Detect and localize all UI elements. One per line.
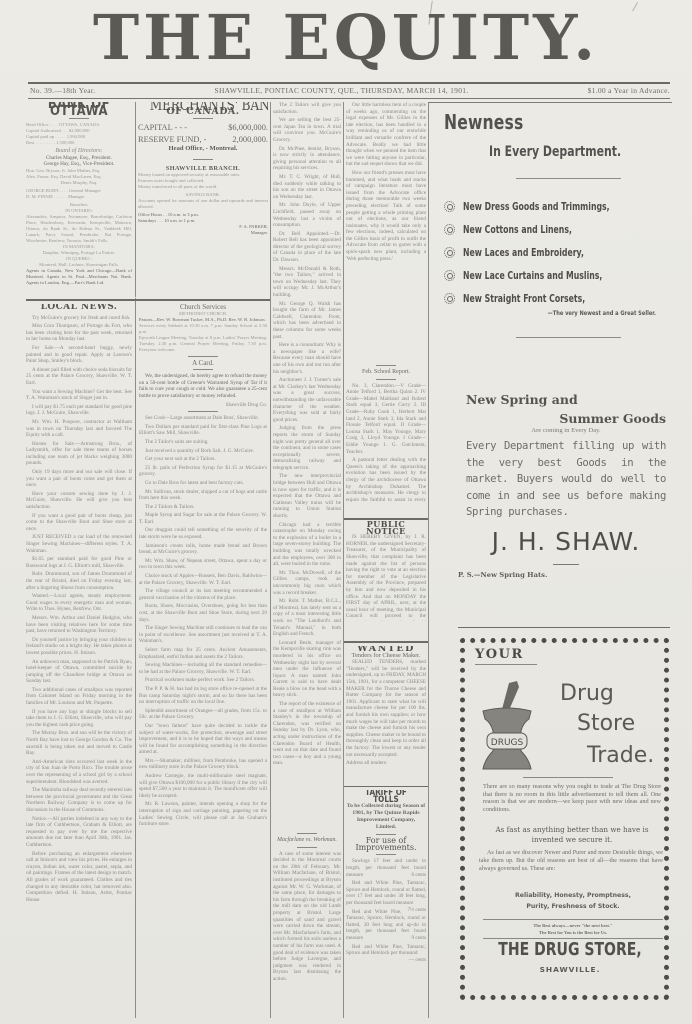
newness-title: Newness: [444, 110, 616, 134]
drug-store-ad: YOUR DRUGS Drug Store Trade. There are s…: [460, 638, 669, 1000]
head-office: Head Office, - Montreal.: [138, 146, 268, 153]
tariff-ad: TARIFF OF TOLLS To be Collected during S…: [346, 790, 426, 1020]
news-paragraph: Try McGuire's grocery for fresh and cure…: [26, 315, 132, 322]
branch-title: SHAWVILLE BRANCH.: [138, 166, 268, 173]
church-line: Epworth League Meeting, Tuesday at 8 p.m…: [139, 335, 267, 353]
board-heading: Board of Directors:: [26, 148, 132, 155]
spring-goods-ad: New Spring and Summer Goods Are coming i…: [466, 392, 666, 579]
column4-paragraph: Our little harmless item of a couple of …: [346, 102, 426, 168]
director: Denis Murphy, Esq.: [26, 180, 132, 186]
divider: [188, 411, 218, 412]
news-paragraph: Have your custom sewing done by J. J. Mc…: [26, 491, 132, 511]
news-paragraph: Maple Syrup and Sugar for sale at the Pa…: [139, 512, 267, 525]
ontario-branches: Alexandria, Arnprior, Avonmore, Bracebri…: [26, 214, 132, 244]
rosette-icon: [444, 201, 455, 212]
news-paragraph: Just received a quantity of Bork Salt. J…: [139, 448, 267, 455]
drug-para1: There are so many reasons why you ought …: [483, 783, 661, 813]
masthead-rule: [28, 82, 670, 84]
tariff-rate: — cents: [403, 957, 426, 964]
news-paragraph: Mr. John Doyle, of Upper Litchfield, pas…: [273, 202, 341, 228]
church-column: Church Services METHODIST CHURCH. Pastor…: [139, 304, 267, 1019]
news-paragraph: The Singer Sewing Machine still continue…: [139, 625, 267, 645]
public-notice: PUBLIC NOTICE IS HEREBY GIVEN, by J. R. …: [346, 521, 426, 621]
news-paragraph: If you want a good pair of boots cheap, …: [26, 513, 132, 533]
savings-text: Accounts opened for amounts of one dolla…: [138, 198, 268, 210]
school-report-title: Feb. School Report.: [346, 369, 426, 376]
spring-signature: J. H. SHAW.: [466, 527, 666, 556]
news-paragraph: The report of the existence of a case of…: [273, 701, 341, 767]
newness-item-label: New Laces and Embroidery,: [463, 247, 584, 259]
news-paragraph: Mr. George Q. Walsh has bought the farm …: [273, 301, 341, 341]
news-paragraph: I will pay $1.75 each per standard for g…: [26, 404, 132, 417]
drug-word1: Drug: [560, 681, 614, 706]
news-paragraph: Mr. Robt. T. Mather, B.C.L., of Montreal…: [273, 598, 341, 638]
bank-of-ottawa-ad: BANK OF OTTAWA Head Office . . . . OTTAW…: [26, 102, 132, 297]
news-paragraph: Sewing Machines—including all the standa…: [139, 662, 267, 675]
news-paragraph: Messrs. Wm. Arthur and Daniel Hodgins, w…: [26, 615, 132, 635]
section-rule: [344, 786, 428, 787]
news-paragraph: Notice.—All parties indebted in any way …: [26, 816, 132, 849]
drug-para3: As fast as we discover Newer and Purer a…: [479, 849, 663, 873]
merchants-bank-ad: MERCHANTS' BANK OF CANADA. CAPITAL - - -…: [138, 102, 268, 297]
newness-item-label: New Straight Front Corsets,: [463, 293, 585, 305]
news-paragraph: Mr. Thos. McDowell, of the Gillies camps…: [273, 570, 341, 596]
column4-paragraph: How our friend's presses must have humme…: [346, 170, 426, 262]
newness-item: New Straight Front Corsets,: [444, 287, 664, 310]
place-date: SHAWVILLE, PONTIAC COUNTY, QUE., THURSDA…: [214, 86, 468, 98]
drug-word3: Trade.: [587, 743, 654, 768]
news-paragraph: Andrew Carnegie, the multi-millionaire s…: [139, 773, 267, 799]
wanted-ad: WANTED Tenders for Cheese Maker. SEALED …: [346, 646, 426, 764]
newness-item-list: New Dress Goods and Trimmings,New Cotton…: [444, 195, 664, 310]
drug-para2: As fast as anything better than we have …: [483, 825, 661, 845]
news-paragraph: Robt. Drummond, son of James Drummond of…: [26, 571, 132, 591]
section-rule: [428, 102, 672, 103]
spring-postscript: P. S.—New Spring Hats.: [458, 571, 666, 579]
news-paragraph: Horses for Sale.—Armstrong Bros., of Lad…: [26, 441, 132, 467]
column-divider: [135, 298, 136, 1018]
news-paragraph: See Cook—Large assortment at Dale Bros',…: [139, 415, 267, 422]
church-line: Services every Sabbath at 10.30 a.m. 7 p…: [139, 323, 267, 335]
school-report-text: No. 3, Clarendon.—V Grade—Annie Telford …: [346, 383, 426, 456]
column-divider: [343, 102, 344, 1018]
newness-item-label: New Cottons and Linens,: [463, 224, 572, 236]
divider: [193, 118, 213, 119]
news-paragraph: Miss Cora Thompson, of Portage du Fort, …: [26, 323, 132, 343]
divider: [516, 178, 621, 179]
news-paragraph: Here is a conundrum: Why is a newspaper …: [273, 342, 341, 375]
director: George Hay, Esq., Vice-President.: [26, 161, 132, 168]
tariff-item: Red and White Pine, Tamarac, Spruce and …: [346, 880, 426, 906]
drug-virtues: Reliability, Honesty, Promptness, Purity…: [483, 890, 663, 912]
news-paragraph: Splendid assortment of Oranges—all grade…: [139, 708, 267, 721]
section-rule: [458, 627, 670, 628]
divider: [188, 356, 218, 357]
divider: [376, 379, 396, 380]
section-rule: [26, 299, 270, 301]
news-paragraph: Mr. Sullivan, stock dealer, shipped a ca…: [139, 489, 267, 502]
column-divider: [428, 102, 429, 1018]
news-column-3: The 2 Tailors will give you satisfaction…: [273, 102, 341, 822]
tariff-heading: For use of Improvements.: [346, 838, 426, 851]
newness-tagline: —The very Newest and a Great Seller.: [476, 310, 656, 317]
divider: [516, 337, 621, 338]
news-paragraph: 25 lb. pails of Perfection Syrup for $1.…: [139, 465, 267, 478]
news-paragraph: Two Dollars per standard paid for first-…: [139, 424, 267, 437]
director: Charles Magee, Esq., President.: [26, 155, 132, 162]
news-paragraph: The 2 Tailors will give you satisfaction…: [273, 102, 341, 115]
public-notice-text: IS HEREBY GIVEN, by J. R. HORNER, the un…: [346, 534, 426, 621]
newspaper-page: THE EQUITY. No. 39.—18th Year. SHAWVILLE…: [0, 0, 692, 1024]
news-paragraph: Get your next suit at the 2 Tailors.: [139, 456, 267, 463]
tariff-rate-row: Red and White Pine, Tamarac, Spruce and …: [346, 944, 426, 957]
school-report-followup: A pastoral letter dealing with the Queen…: [346, 457, 426, 502]
dateline-rule: [28, 98, 670, 99]
news-paragraph: Go to Dale Bros for latest and best fact…: [139, 480, 267, 487]
spring-line1: New Spring and: [466, 392, 666, 407]
divider: [297, 847, 317, 848]
column3-list: The 2 Tailors will give you satisfaction…: [273, 102, 341, 767]
motto-line: The Best always—never "the next best.": [503, 922, 643, 929]
column-divider: [135, 102, 136, 297]
drug-store-name: THE DRUG STORE,: [496, 939, 644, 960]
newness-item: New Laces and Embroidery,: [444, 241, 664, 264]
news-paragraph: An unknown man, supposed to be Patrick R…: [26, 659, 132, 685]
tariff-rate-row: Red and White Pine, Tamarac, Spruce and …: [346, 880, 426, 906]
news-paragraph: Mr. T. C. Wright, of Hull, died suddenly…: [273, 174, 341, 200]
bank-agents: Agents in Canada, New York and Chicago—B…: [26, 268, 132, 286]
drug-your: YOUR: [475, 647, 537, 665]
news-paragraph: Judging from the press reports the storm…: [273, 425, 341, 471]
news-paragraph: Leonard Beale, manager of the Kempsville…: [273, 640, 341, 699]
rosette-icon: [444, 247, 455, 258]
news-paragraph: The P. P. & H. has had its log store off…: [139, 686, 267, 706]
spring-line2: Summer Goods: [466, 411, 666, 426]
news-paragraph: Messrs. McDonald & Roth, "the two Tailor…: [273, 266, 341, 299]
news-paragraph: The village council at its last meeting …: [139, 588, 267, 601]
news-paragraph: Auctioneer J. J. Turner's sale at Mr. Cl…: [273, 377, 341, 423]
newness-item-label: New Lace Curtains and Muslins,: [463, 270, 602, 282]
capital-label: CAPITAL - - -: [138, 122, 187, 134]
wanted-subtitle: Tenders for Cheese Maker.: [346, 653, 426, 660]
news-paragraph: Boots, Shoes, Moccasins, Overshoes, goin…: [139, 603, 267, 623]
newness-subtitle: In Every Department.: [489, 144, 626, 160]
news-paragraph: Dr. Bell Appointed.—Dr. Robert Bell has …: [273, 231, 341, 264]
news-paragraph: The Manitoba railway deal recently enter…: [26, 787, 132, 813]
lawsuit-title: Macfarlane vs. Workman.: [273, 837, 341, 844]
officer: D. M. FINNIE . . . . . . Manager: [26, 194, 132, 200]
news-paragraph: A dinner pail filled with choice soda bi…: [26, 367, 132, 387]
card-text: We, the undersigned, do hereby agree to …: [139, 373, 267, 399]
tariff-title: TARIFF OF TOLLS: [352, 790, 420, 803]
card-signature: Shawville Drug Co.: [139, 402, 267, 409]
news-paragraph: The 2 Tailors & Tailors.: [139, 504, 267, 511]
drug-motto: The Best always—never "the next best." T…: [483, 919, 663, 939]
tariff-subtitle: To be Collected during Season of 1901, b…: [346, 803, 426, 831]
drug-store-town: SHAWVILLE.: [475, 965, 665, 974]
wanted-text: SEALED TENDERS, marked "Tenders," will b…: [346, 659, 426, 758]
mortar-pestle-icon: DRUGS: [479, 679, 535, 779]
bank-ottawa-title: BANK OF OTTAWA: [26, 102, 132, 115]
newness-item: New Lace Curtains and Muslins,: [444, 264, 664, 287]
tariff-rate-row: Sawlogs 17 feet and under in length, per…: [346, 858, 426, 878]
local-news-list: Try McGuire's grocery for fresh and cure…: [26, 315, 132, 904]
public-notice-title: PUBLIC NOTICE: [346, 521, 426, 534]
divider: [376, 834, 396, 835]
lawsuit-article: Macfarlane vs. Workman. A case of some i…: [273, 830, 341, 1020]
news-paragraph: You want a Sewing Machine? Get the best.…: [26, 389, 132, 402]
divider: [297, 833, 317, 834]
news-paragraph: Only 19 days more and our sale will clos…: [26, 469, 132, 489]
news-paragraph: For Sale.—A second-hand buggy, newly pai…: [26, 345, 132, 365]
news-paragraph: If you have any logs or shingle blocks t…: [26, 709, 132, 729]
divider: [193, 159, 213, 160]
news-paragraph: Mr. Wm. H. Poupore, contractor at Waltha…: [26, 419, 132, 439]
card-title: A Card.: [139, 360, 267, 367]
lawsuit-text: A case of some interest was decided in t…: [273, 851, 341, 983]
capital-line: CAPITAL - - - $6,000,000.: [138, 122, 268, 134]
news-column-4: Our little harmless item of a couple of …: [346, 102, 426, 358]
virtues-line: Reliability, Honesty, Promptness,: [483, 890, 663, 901]
local-news-column: LOCAL NEWS. Try McGuire's grocery for fr…: [26, 304, 132, 1019]
column-divider: [270, 102, 271, 1018]
tariff-rate-list: Sawlogs 17 feet and under in length, per…: [346, 858, 426, 956]
spring-body: Every Department filling up with the ver…: [466, 438, 666, 521]
subscription-price: $1.00 a Year in Advance.: [588, 86, 670, 98]
virtues-line: Purity, Freshness of Stock.: [483, 901, 663, 912]
bank-ottawa-capital-line: Rest . . . . . . . . . 1,500,000: [26, 140, 132, 146]
news-paragraph: Do yourself justice by bringing your chi…: [26, 637, 132, 657]
school-report: Feb. School Report. No. 3, Clarendon.—V …: [346, 362, 426, 502]
news-paragraph: Chicago had a terrible catastrophe on Mo…: [273, 522, 341, 568]
manager-title: Manager.: [138, 230, 268, 236]
drug-word2: Store: [577, 711, 635, 736]
dateline: No. 39.—18th Year. SHAWVILLE, PONTIAC CO…: [30, 86, 670, 98]
spring-line3: Are coming in Every Day.: [466, 427, 666, 434]
news-paragraph: We are selling the best 25-cent Japan Te…: [273, 117, 341, 143]
tariff-rate: 6 cents: [405, 872, 426, 879]
tariff-rate: 7½ cents: [402, 907, 426, 914]
divider: [193, 369, 213, 370]
section-rule: [344, 641, 428, 643]
news-paragraph: Anti-American riots occurred last week i…: [26, 759, 132, 785]
wanted-address: Address all tenders:: [346, 760, 426, 764]
section-rule: [344, 518, 428, 520]
branch-line: Money transferred to all parts of the wo…: [138, 184, 268, 190]
news-paragraph: Jamieson's cream rolls, home made bread …: [139, 543, 267, 556]
newness-item: New Dress Goods and Trimmings,: [444, 195, 664, 218]
rosette-icon: [444, 224, 455, 235]
news-paragraph: Choice stock of Apples—Russets, Ben Davi…: [139, 573, 267, 586]
card-paragraph-list: See Cook—Large assortment at Dale Bros',…: [139, 415, 267, 828]
newness-item-label: New Dress Goods and Trimmings,: [463, 201, 610, 213]
merchants-bank-title: MERCHANTS' BANK: [150, 102, 257, 109]
news-paragraph: Wanted.—Local agents, steady employment.…: [26, 593, 132, 613]
news-paragraph: Two additional cases of smallpox was rep…: [26, 687, 132, 707]
news-paragraph: Mr. R. Lawson, painter, intends opening …: [139, 801, 267, 827]
news-paragraph: Our "town fathers" have quite decided to…: [139, 723, 267, 756]
mortar-label: DRUGS: [491, 738, 524, 748]
news-paragraph: The 2 Tailor's suits are suiting.: [139, 439, 267, 446]
reserve-value: 2,000,000.: [232, 134, 268, 146]
news-paragraph: Practical workmen make perfect work. See…: [139, 677, 267, 684]
tariff-rate-row: Red and White Pine, Tamarac, Spruce, Hem…: [346, 909, 426, 942]
news-paragraph: Mrs.—Shumaker, milliner, from Pembroke, …: [139, 758, 267, 771]
divider: [523, 777, 613, 778]
local-news-title: LOCAL NEWS.: [26, 304, 132, 311]
church-title: Church Services: [139, 304, 267, 311]
issue-number: No. 39.—18th Year.: [30, 86, 95, 98]
news-paragraph: Select farm map for 25 cents. Ancient Am…: [139, 647, 267, 660]
news-paragraph: Dr. McPhee, dentist, Bryson, is now stri…: [273, 146, 341, 172]
tariff-item: Red and White Pine, Tamarac, Spruce and …: [346, 944, 426, 957]
capital-value: $6,000,000.: [228, 122, 268, 134]
divider: [376, 854, 396, 855]
news-paragraph: $1.65 per standard paid for good Pine or…: [26, 556, 132, 569]
news-paragraph: Before purchasing an enlargement elsewhe…: [26, 851, 132, 904]
rosette-icon: [444, 270, 455, 281]
motto-line: The Best for You is the Best for Us.: [503, 929, 643, 936]
rosette-icon: [444, 293, 455, 304]
church-line: Pastors—Rev. W. Bowman Tucker, M.A., Ph.…: [139, 317, 267, 323]
news-paragraph: JUST RECEIVED a car load of the renowned…: [26, 534, 132, 554]
divider: [553, 564, 579, 565]
divider: [376, 365, 396, 366]
newness-ad: Newness In Every Department. New Dress G…: [444, 110, 664, 338]
tariff-rate: 9 cents: [405, 935, 426, 942]
news-paragraph: The new interprovincial bridge between H…: [273, 473, 341, 519]
news-paragraph: Our druggist could tell something of the…: [139, 527, 267, 540]
masthead-title: THE EQUITY.: [0, 6, 692, 70]
news-paragraph: Mr. Wm. Shaw, of Nepean street, Ottawa, …: [139, 558, 267, 571]
newness-item: New Cottons and Linens,: [444, 218, 664, 241]
news-paragraph: The Murray Bros. and son will be the vic…: [26, 730, 132, 756]
